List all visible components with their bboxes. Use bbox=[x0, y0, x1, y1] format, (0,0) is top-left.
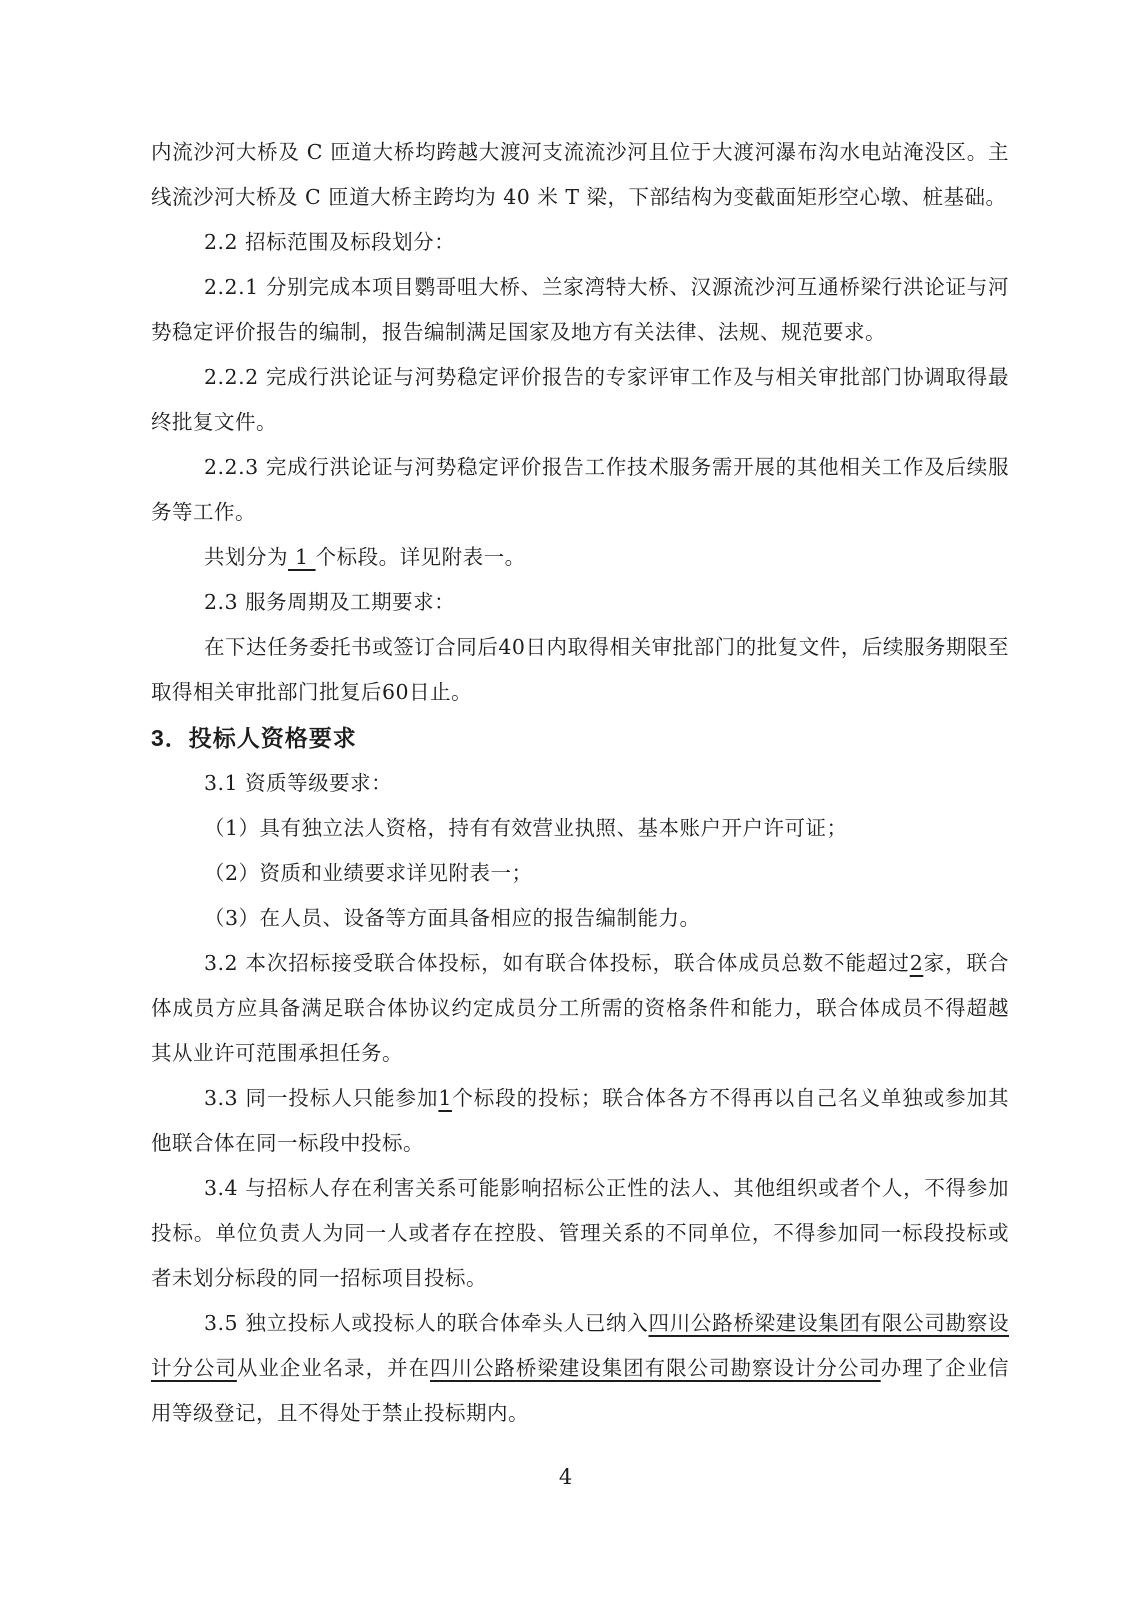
text-run: 个标段。详见附表一。 bbox=[316, 545, 526, 569]
paragraph: 共划分为 1 个标段。详见附表一。 bbox=[151, 535, 1009, 580]
text-run: 共划分为 bbox=[204, 545, 288, 569]
text-run: 2.2.2 完成行洪论证与河势稳定评价报告的专家评审工作及与相关审批部门协调取得… bbox=[151, 365, 1009, 434]
text-run: （3）在人员、设备等方面具备相应的报告编制能力。 bbox=[204, 906, 701, 930]
document-body: 内流沙河大桥及 C 匝道大桥均跨越大渡河支流流沙河且位于大渡河瀑布沟水电站淹没区… bbox=[151, 130, 1009, 1436]
text-run: 2.2 招标范围及标段划分： bbox=[204, 230, 455, 254]
paragraph: 2.2.2 完成行洪论证与河势稳定评价报告的专家评审工作及与相关审批部门协调取得… bbox=[151, 355, 1009, 445]
underlined-text: 四川公路桥梁建设集团有限公司勘察设计分公司 bbox=[430, 1356, 881, 1380]
document-page: 内流沙河大桥及 C 匝道大桥均跨越大渡河支流流沙河且位于大渡河瀑布沟水电站淹没区… bbox=[0, 0, 1131, 1600]
text-run: 3.2 本次招标接受联合体投标，如有联合体投标，联合体成员总数不能超过 bbox=[204, 951, 910, 975]
text-run: （1）具有独立法人资格，持有有效营业执照、基本账户开户许可证； bbox=[204, 816, 848, 840]
paragraph: （2）资质和业绩要求详见附表一； bbox=[151, 851, 1009, 896]
text-run: 3.1 资质等级要求： bbox=[204, 771, 392, 795]
text-run: （2）资质和业绩要求详见附表一； bbox=[204, 861, 533, 885]
paragraph: 3.2 本次招标接受联合体投标，如有联合体投标，联合体成员总数不能超过2家，联合… bbox=[151, 941, 1009, 1076]
paragraph: 在下达任务委托书或签订合同后40日内取得相关审批部门的批复文件，后续服务期限至取… bbox=[151, 625, 1009, 715]
text-run: 3．投标人资格要求 bbox=[151, 725, 357, 751]
section-heading: 3．投标人资格要求 bbox=[151, 715, 1009, 761]
text-run: 2.3 服务周期及工期要求： bbox=[204, 590, 455, 614]
underlined-text: 1 bbox=[438, 1086, 452, 1110]
paragraph: 3.5 独立投标人或投标人的联合体牵头人已纳入四川公路桥梁建设集团有限公司勘察设… bbox=[151, 1301, 1009, 1436]
text-run: 在下达任务委托书或签订合同后40日内取得相关审批部门的批复文件，后续服务期限至取… bbox=[151, 635, 1009, 704]
paragraph: 2.2.3 完成行洪论证与河势稳定评价报告工作技术服务需开展的其他相关工作及后续… bbox=[151, 445, 1009, 535]
paragraph: 2.3 服务周期及工期要求： bbox=[151, 580, 1009, 625]
text-run: 从业企业名录，并在 bbox=[237, 1356, 430, 1380]
text-run: 3.3 同一投标人只能参加 bbox=[204, 1086, 438, 1110]
paragraph: 3.3 同一投标人只能参加1个标段的投标；联合体各方不得再以自己名义单独或参加其… bbox=[151, 1076, 1009, 1166]
underlined-text: 1 bbox=[288, 545, 316, 569]
page-number: 4 bbox=[0, 1462, 1131, 1492]
underlined-text: 2 bbox=[910, 951, 924, 975]
text-run: 2.2.1 分别完成本项目鹦哥咀大桥、兰家湾特大桥、汉源流沙河互通桥梁行洪论证与… bbox=[151, 275, 1009, 344]
paragraph: （3）在人员、设备等方面具备相应的报告编制能力。 bbox=[151, 896, 1009, 941]
text-run: 3.5 独立投标人或投标人的联合体牵头人已纳入 bbox=[204, 1311, 649, 1335]
text-run: 2.2.3 完成行洪论证与河势稳定评价报告工作技术服务需开展的其他相关工作及后续… bbox=[151, 455, 1009, 524]
paragraph: 2.2 招标范围及标段划分： bbox=[151, 220, 1009, 265]
paragraph: 3.1 资质等级要求： bbox=[151, 761, 1009, 806]
paragraph: （1）具有独立法人资格，持有有效营业执照、基本账户开户许可证； bbox=[151, 806, 1009, 851]
paragraph: 3.4 与招标人存在利害关系可能影响招标公正性的法人、其他组织或者个人，不得参加… bbox=[151, 1166, 1009, 1301]
paragraph: 2.2.1 分别完成本项目鹦哥咀大桥、兰家湾特大桥、汉源流沙河互通桥梁行洪论证与… bbox=[151, 265, 1009, 355]
paragraph: 内流沙河大桥及 C 匝道大桥均跨越大渡河支流流沙河且位于大渡河瀑布沟水电站淹没区… bbox=[151, 130, 1009, 220]
text-run: 3.4 与招标人存在利害关系可能影响招标公正性的法人、其他组织或者个人，不得参加… bbox=[151, 1176, 1009, 1290]
text-run: 内流沙河大桥及 C 匝道大桥均跨越大渡河支流流沙河且位于大渡河瀑布沟水电站淹没区… bbox=[151, 140, 1009, 209]
